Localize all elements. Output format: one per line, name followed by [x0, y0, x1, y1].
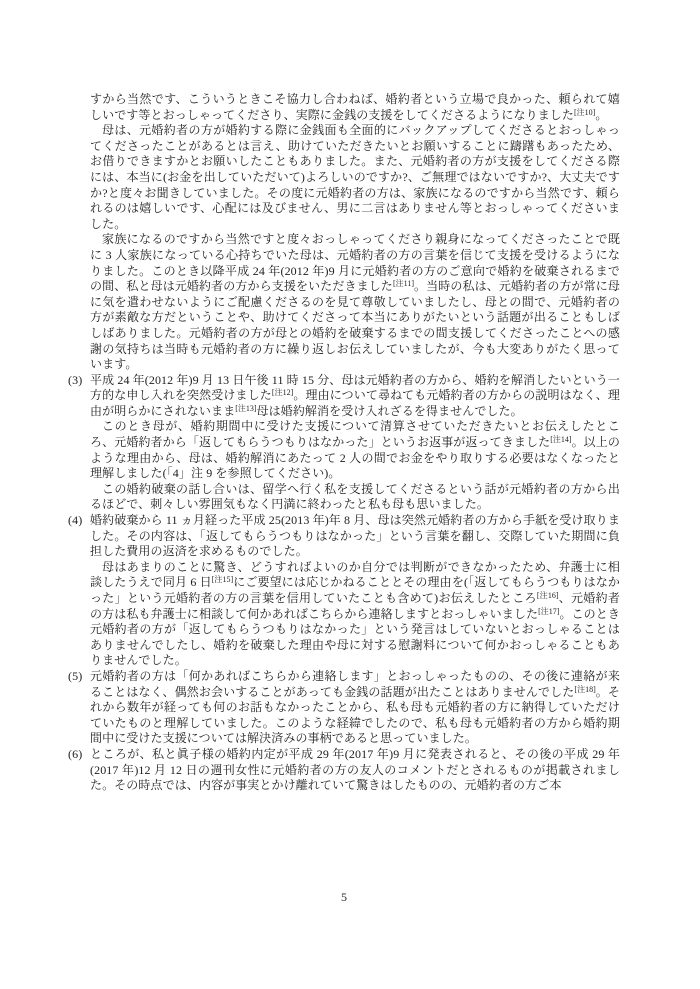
paragraph: この婚約破棄の話し合いは、留学へ行く私を支援してくださるという話が元婚約者の方か… [90, 482, 620, 513]
footnote-marker: [注14] [550, 435, 571, 444]
paragraph: このとき母が、婚約期間中に受けた支援について清算させていただきたいとお伝えしたと… [90, 419, 620, 481]
footnote-marker: [注12] [272, 388, 293, 397]
document-body: すから当然です、こういうときこそ協力し合わねば、婚約者という立場で良かった、頼ら… [68, 92, 620, 794]
continuation-block: すから当然です、こういうときこそ協力し合わねば、婚約者という立場で良かった、頼ら… [68, 92, 620, 373]
paragraph-number: (6) [68, 747, 82, 763]
footnote-marker: [注17] [538, 607, 559, 616]
paragraph-number: (3) [68, 373, 82, 389]
numbered-block-4: (4)婚約破棄から 11 ヵ月経った平成 25(2013 年)年 8 月、母は突… [68, 513, 620, 669]
paragraph: 母はあまりのことに驚き、どうすればよいのか自分では判断ができなかったため、弁護士… [90, 560, 620, 669]
paragraph: 家族になるのですから当然ですと度々おっしゃってくださり親身になってくださったこと… [90, 232, 620, 372]
paragraph: 婚約破棄から 11 ヵ月経った平成 25(2013 年)年 8 月、母は突然元婚… [90, 513, 620, 560]
numbered-block-6: (6)ところが、私と眞子様の婚約内定が平成 29 年(2017 年)9 月に発表… [68, 747, 620, 794]
footnote-marker: [注16] [537, 591, 559, 600]
footnote-marker: [注11] [393, 279, 414, 288]
numbered-block-5: (5)元婚約者の方は「何かあればこちらから連絡します」とおっしゃったものの、その… [68, 669, 620, 747]
footnote-marker: [注13] [235, 404, 256, 413]
paragraph: 母は、元婚約者の方が婚約する際に金銭面も全面的にバックアップしてくださるとおっし… [90, 123, 620, 232]
paragraph-number: (4) [68, 513, 82, 529]
paragraph: 平成 24 年(2012 年)9 月 13 日午後 11 時 15 分、母は元婚… [90, 373, 620, 420]
footnote-marker: [注18] [574, 685, 595, 694]
page-number: 5 [68, 890, 620, 905]
paragraph: すから当然です、こういうときこそ協力し合わねば、婚約者という立場で良かった、頼ら… [90, 92, 620, 123]
footnote-marker: [注15] [212, 575, 233, 584]
numbered-block-3: (3)平成 24 年(2012 年)9 月 13 日午後 11 時 15 分、母… [68, 373, 620, 513]
document-page: すから当然です、こういうときこそ協力し合わねば、婚約者という立場で良かった、頼ら… [0, 0, 700, 989]
paragraph-number: (5) [68, 669, 82, 685]
paragraph: 元婚約者の方は「何かあればこちらから連絡します」とおっしゃったものの、その後に連… [90, 669, 620, 747]
paragraph: ところが、私と眞子様の婚約内定が平成 29 年(2017 年)9 月に発表される… [90, 747, 620, 794]
footnote-marker: [注10] [574, 108, 595, 117]
